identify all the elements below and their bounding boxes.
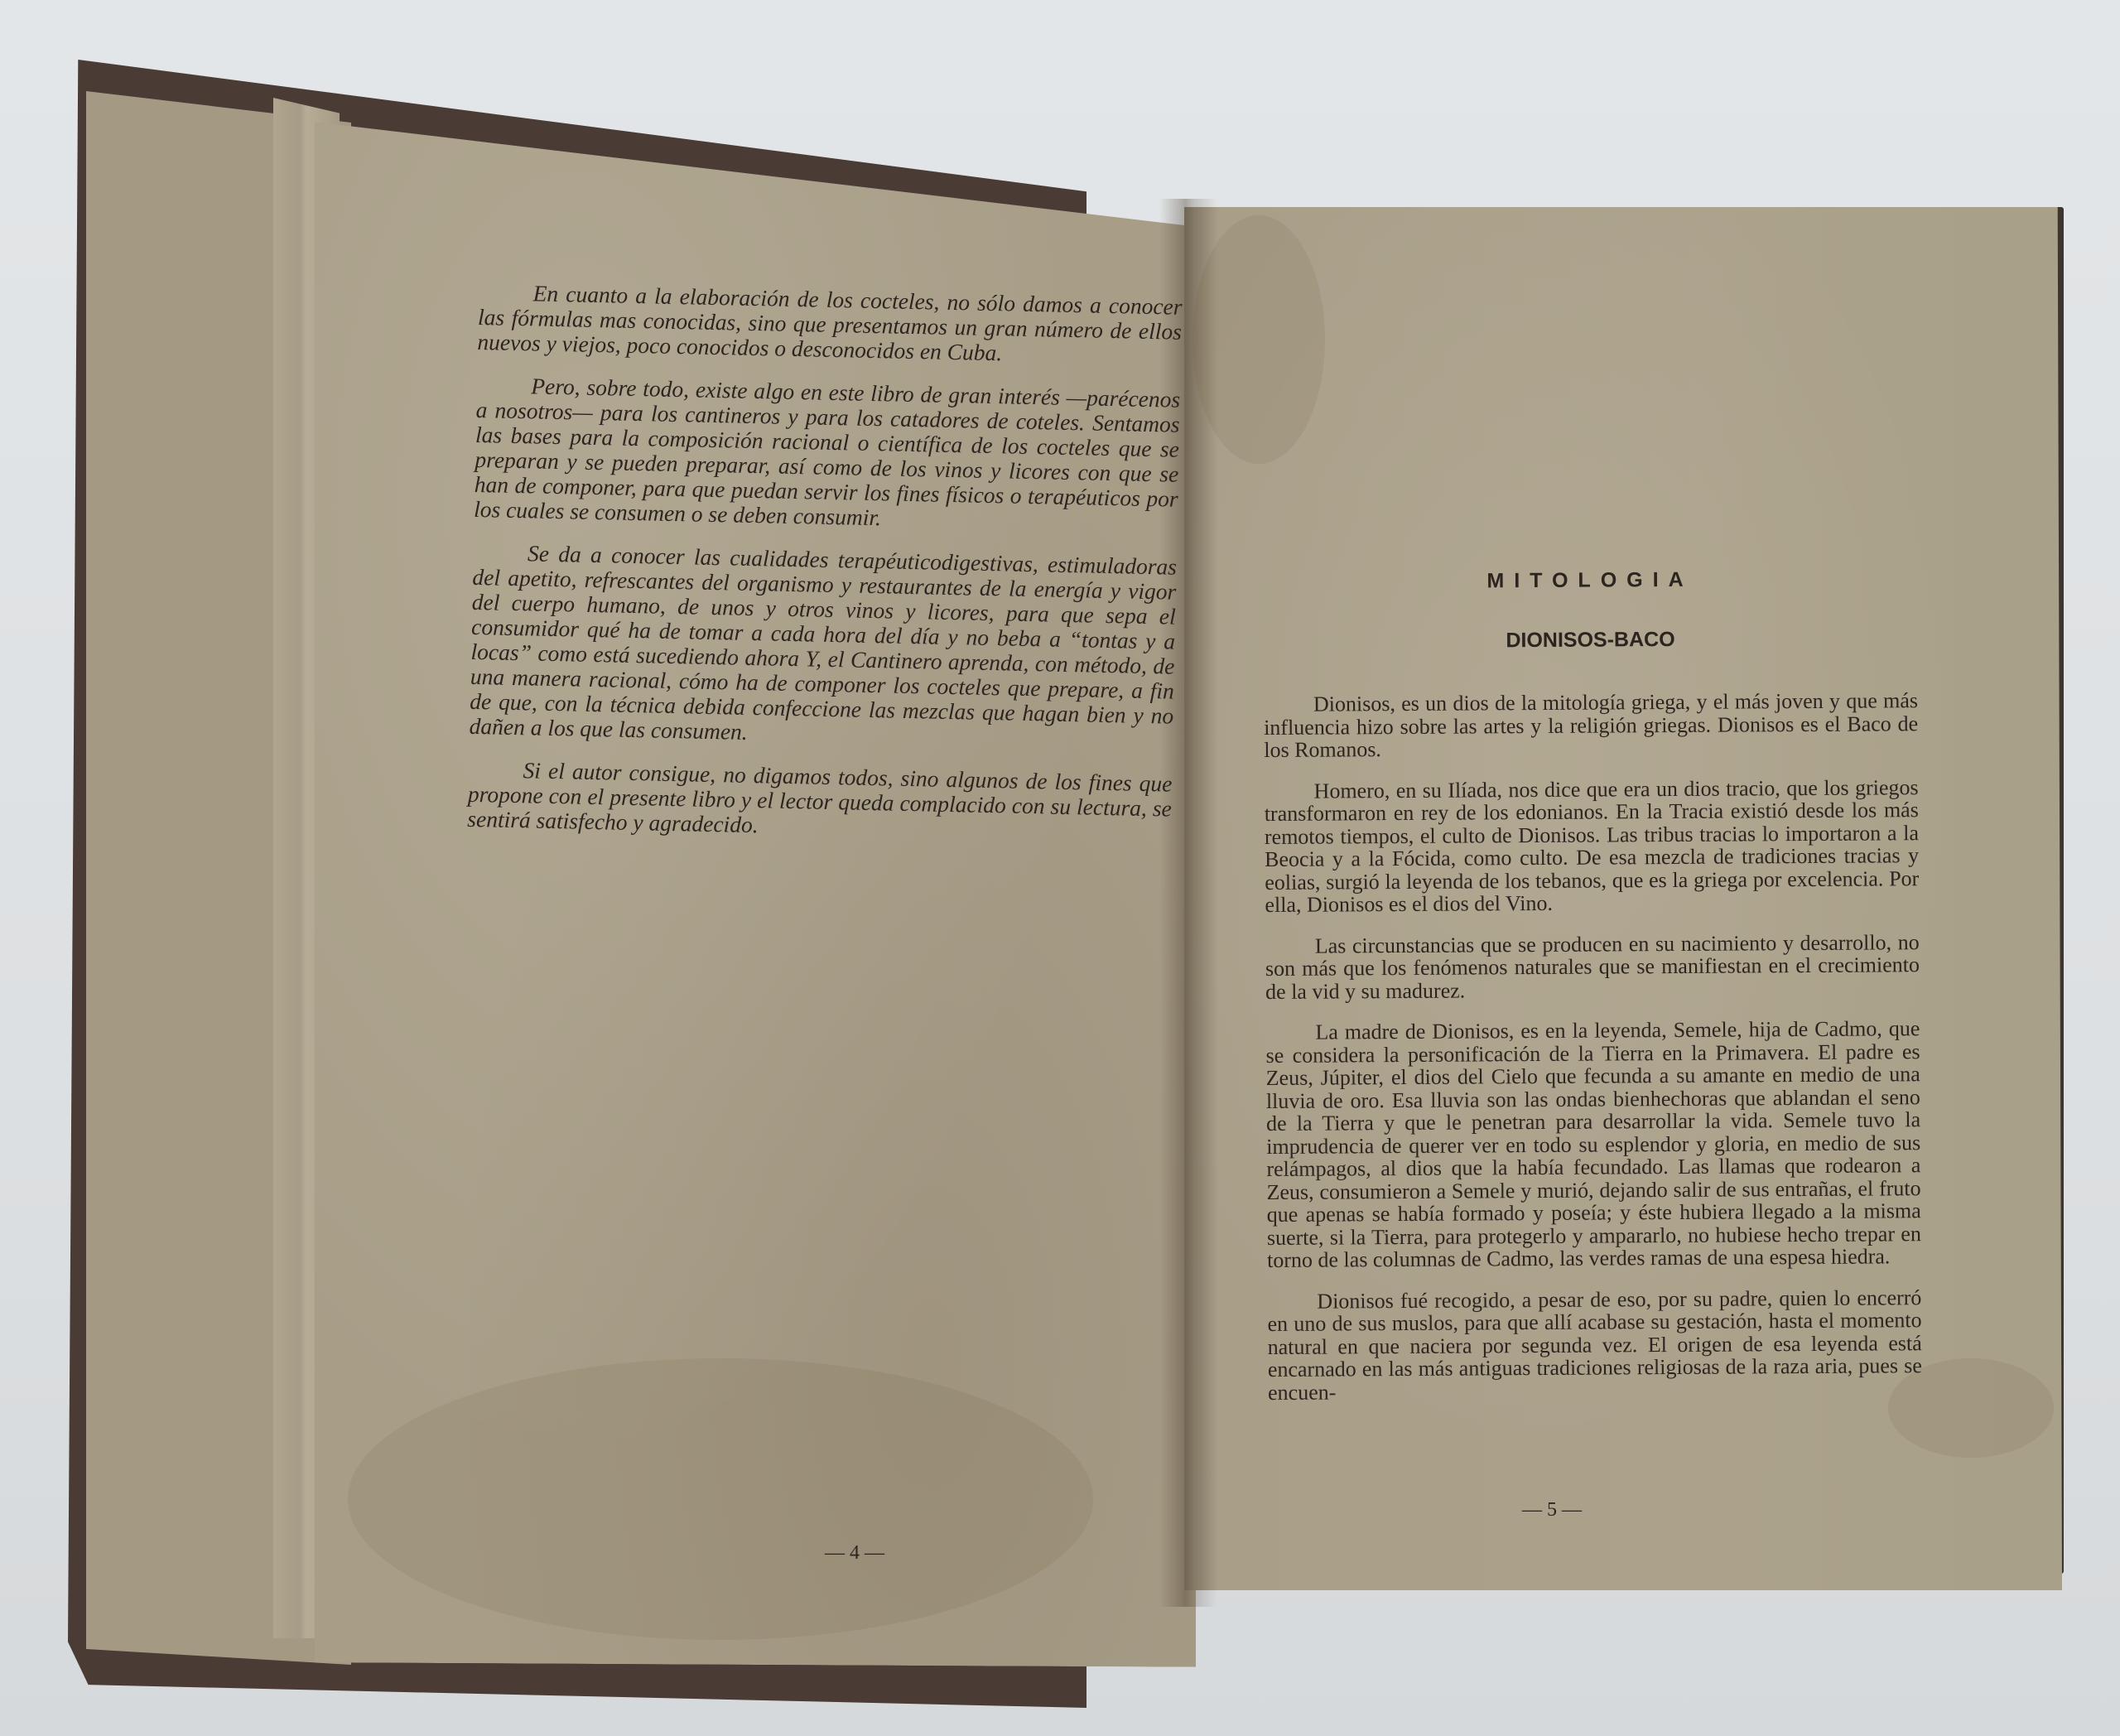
open-book: En cuanto a la elaboración de los coctel… [0, 0, 2120, 1736]
chapter-title: DIONISOS-BACO [1263, 627, 1917, 653]
right-page-body: MITOLOGIA DIONISOS-BACO Dionisos, es un … [1263, 567, 1922, 1422]
page-number: — 4 — [825, 1542, 884, 1565]
paragraph: Se da a conocer las cualidades terapéuti… [469, 540, 1177, 754]
paragraph: Dionisos, es un dios de la mitología gri… [1264, 689, 1918, 761]
page-number: — 5 — [1522, 1499, 1582, 1521]
left-page-body: En cuanto a la elaboración de los coctel… [467, 280, 1183, 865]
paragraph: Las circunstancias que se producen en su… [1265, 931, 1920, 1003]
paragraph: Pero, sobre todo, existe algo en este li… [474, 373, 1181, 537]
paragraph: Dionisos fué recogido, a pesar de eso, p… [1267, 1286, 1922, 1404]
section-title: MITOLOGIA [1263, 567, 1917, 594]
paragraph: Si el autor consigue, no digamos todos, … [467, 757, 1173, 846]
paragraph: Homero, en su Ilíada, nos dice que era u… [1265, 776, 1920, 917]
paragraph: En cuanto a la elaboración de los coctel… [477, 280, 1183, 369]
paragraph: La madre de Dionisos, es en la leyenda, … [1265, 1017, 1921, 1271]
